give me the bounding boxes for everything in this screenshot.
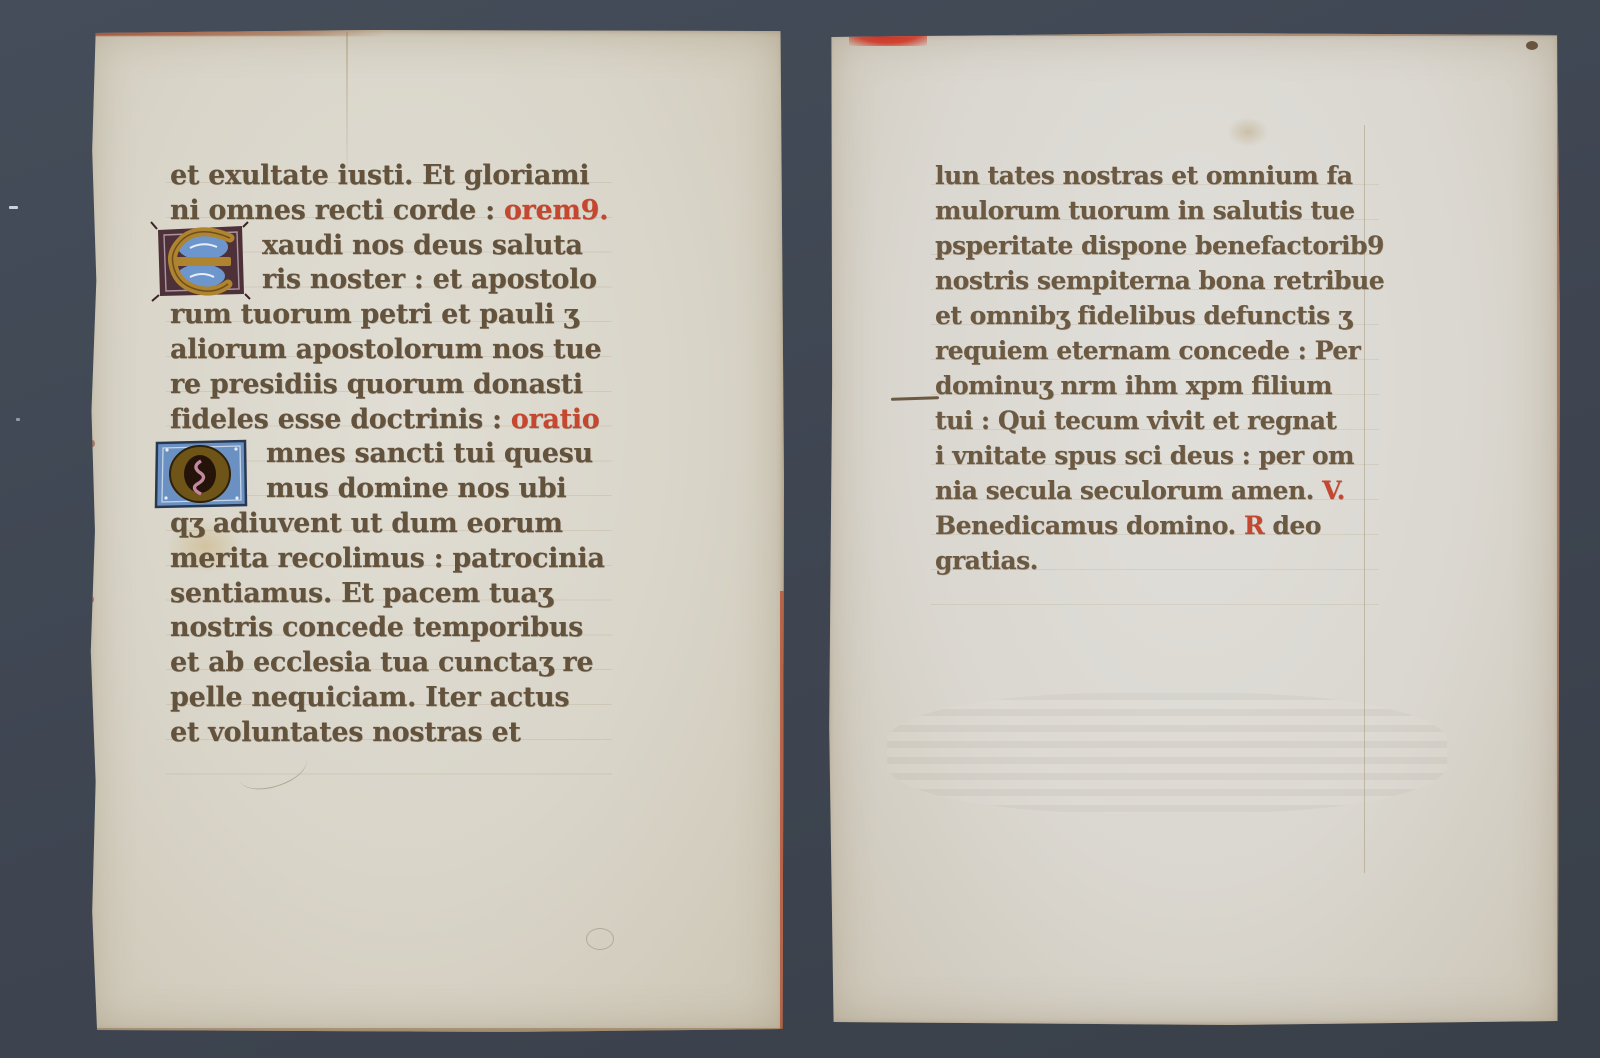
- text-line: lun tates nostras et omnium fa: [935, 162, 1415, 197]
- body-text: merita recolimus : patrocinia: [170, 543, 605, 574]
- red-edge-stain-top: [94, 30, 384, 36]
- text-block: lun tates nostras et omnium famulorum tu…: [935, 162, 1415, 582]
- text-line: tui : Qui tecum vivit et regnat: [935, 407, 1415, 442]
- text-line: nostris concede temporibus: [170, 612, 656, 647]
- body-text: et voluntates nostras et: [170, 717, 521, 748]
- text-line: ni omnes recti corde : orem9.: [170, 195, 656, 230]
- text-line: nostris sempiterna bona retribue: [935, 267, 1415, 302]
- body-text: mus domine nos ubi: [266, 473, 566, 504]
- body-text: et ab ecclesia tua cunctaʒ re: [170, 647, 593, 678]
- red-edge-blotch-top-left: [849, 33, 927, 46]
- body-text: gratias.: [935, 546, 1038, 575]
- body-text: ni omnes recti corde :: [170, 195, 504, 226]
- text-line: nia secula seculorum amen. V.: [935, 477, 1415, 512]
- text-line: psperitate dispone benefactorib9: [935, 232, 1415, 267]
- body-text: et omnibʒ fidelibus defunctis ʒ: [935, 301, 1352, 330]
- body-text: qʒ adiuvent ut dum eorum: [170, 508, 563, 539]
- pencil-mark: [586, 928, 614, 950]
- text-line: dominuʒ nrm ihm xpm filium: [935, 372, 1415, 407]
- body-text: dominuʒ nrm ihm xpm filium: [935, 371, 1332, 400]
- body-text: deo: [1272, 511, 1321, 540]
- body-text: xaudi nos deus saluta: [262, 230, 583, 261]
- text-line: sentiamus. Et pacem tuaʒ: [170, 578, 656, 613]
- text-line: fideles esse doctrinis : oratio: [170, 404, 656, 439]
- red-edge-stain-right: [780, 591, 784, 1032]
- text-line: xaudi nos deus saluta: [170, 230, 656, 265]
- browned-top-edge: [827, 33, 1560, 36]
- rubric-text: orem9.: [504, 195, 608, 226]
- text-line: pelle nequiciam. Iter actus: [170, 682, 656, 717]
- body-text: re presidiis quorum donasti: [170, 369, 583, 400]
- text-line: mus domine nos ubi: [170, 473, 656, 508]
- body-text: mnes sancti tui quesu: [266, 438, 593, 469]
- body-text: lun tates nostras et omnium fa: [935, 161, 1352, 190]
- body-text: requiem eternam concede : Per: [935, 336, 1360, 365]
- rubric-text: V.: [1322, 476, 1345, 505]
- body-text: ris noster : et apostolo: [262, 264, 597, 295]
- manuscript-leaf-right: lun tates nostras et omnium famulorum tu…: [827, 33, 1560, 1025]
- text-line: Benedicamus domino. R deo: [935, 512, 1415, 547]
- body-text: nostris concede temporibus: [170, 612, 583, 643]
- dust-speck: [9, 206, 18, 209]
- red-edge-stain-right: [1557, 33, 1560, 1025]
- body-text: aliorum apostolorum nos tue: [170, 334, 601, 365]
- rubric-text: R: [1244, 511, 1272, 540]
- sewing-hole-stain: [90, 440, 95, 447]
- body-text: Benedicamus domino.: [935, 511, 1244, 540]
- body-text: i vnitate spus sci deus : per om: [935, 441, 1354, 470]
- text-line: rum tuorum petri et pauli ʒ: [170, 299, 656, 334]
- text-line: ris noster : et apostolo: [170, 264, 656, 299]
- text-line: i vnitate spus sci deus : per om: [935, 442, 1415, 477]
- body-text: mulorum tuorum in salutis tue: [935, 196, 1354, 225]
- text-line: re presidiis quorum donasti: [170, 369, 656, 404]
- body-text: nia secula seculorum amen.: [935, 476, 1322, 505]
- text-line: merita recolimus : patrocinia: [170, 543, 656, 578]
- text-line: qʒ adiuvent ut dum eorum: [170, 508, 656, 543]
- rubric-text: oratio: [511, 404, 600, 435]
- sewing-hole-stain: [90, 754, 95, 761]
- stain: [1227, 117, 1269, 147]
- text-line: et exultate iusti. Et gloriami: [170, 160, 656, 195]
- text-block: et exultate iusti. Et gloriamini omnes r…: [170, 160, 656, 752]
- manuscript-leaf-left: et exultate iusti. Et gloriamini omnes r…: [88, 30, 784, 1032]
- body-text: psperitate dispone benefactorib9: [935, 231, 1384, 260]
- text-line: aliorum apostolorum nos tue: [170, 334, 656, 369]
- text-line: et voluntates nostras et: [170, 717, 656, 752]
- corner-spot: [1526, 41, 1538, 50]
- body-text: et exultate iusti. Et gloriami: [170, 160, 589, 191]
- dust-speck: [16, 418, 20, 421]
- body-text: sentiamus. Et pacem tuaʒ: [170, 578, 553, 609]
- browned-bottom-edge: [88, 1028, 784, 1032]
- wrinkle-shading: [887, 693, 1447, 813]
- text-line: gratias.: [935, 547, 1415, 582]
- text-line: et ab ecclesia tua cunctaʒ re: [170, 647, 656, 682]
- body-text: rum tuorum petri et pauli ʒ: [170, 299, 578, 330]
- body-text: fideles esse doctrinis :: [170, 404, 511, 435]
- sewing-hole-stain: [89, 292, 94, 299]
- text-line: et omnibʒ fidelibus defunctis ʒ: [935, 302, 1415, 337]
- text-line: mnes sancti tui quesu: [170, 438, 656, 473]
- text-line: requiem eternam concede : Per: [935, 337, 1415, 372]
- text-line: mulorum tuorum in salutis tue: [935, 197, 1415, 232]
- body-text: tui : Qui tecum vivit et regnat: [935, 406, 1336, 435]
- margin-stroke: [891, 396, 939, 401]
- sewing-hole-stain: [89, 596, 94, 603]
- body-text: pelle nequiciam. Iter actus: [170, 682, 569, 713]
- body-text: nostris sempiterna bona retribue: [935, 266, 1384, 295]
